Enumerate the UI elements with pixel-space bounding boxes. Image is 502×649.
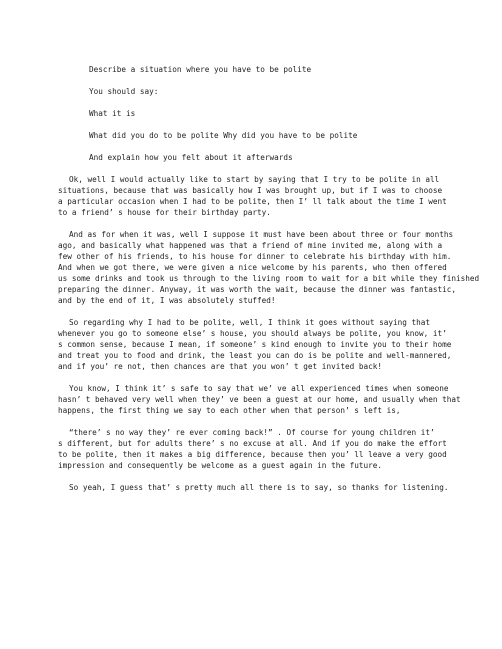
prompt-point-what-it-is: What it is: [89, 108, 462, 119]
answer-paragraph-intro: Ok, well I would actually like to start …: [58, 174, 462, 218]
prompt-instruction: You should say:: [89, 86, 462, 97]
document-page: Describe a situation where you have to b…: [0, 0, 502, 649]
prompt-point-felt-afterwards: And explain how you felt about it afterw…: [89, 152, 462, 163]
document-body: Describe a situation where you have to b…: [58, 64, 462, 504]
answer-paragraph-closing: So yeah, I guess that’ s pretty much all…: [58, 482, 462, 493]
answer-paragraph-quote: “there’ s no way they’ re ever coming ba…: [58, 427, 462, 471]
answer-paragraph-when: And as for when it was, well I suppose i…: [58, 229, 462, 306]
answer-paragraph-why: So regarding why I had to be polite, wel…: [58, 317, 462, 372]
answer-paragraph-experience: You know, I think it’ s safe to say that…: [58, 383, 462, 416]
prompt-point-what-and-why: What did you do to be polite Why did you…: [89, 130, 462, 141]
prompt-title: Describe a situation where you have to b…: [89, 64, 462, 75]
answer-section: Ok, well I would actually like to start …: [58, 174, 462, 493]
prompt-section: Describe a situation where you have to b…: [58, 64, 462, 163]
